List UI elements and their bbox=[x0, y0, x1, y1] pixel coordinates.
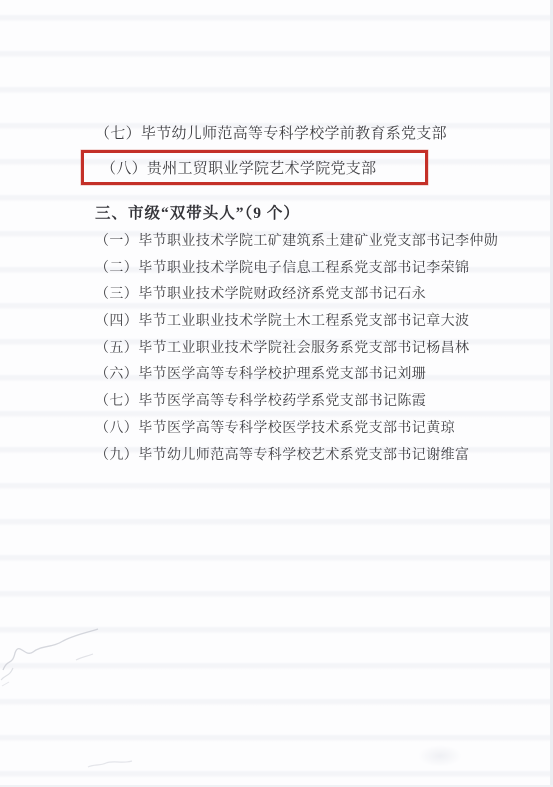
list-item: （五）毕节工业职业技术学院社会服务系党支部书记杨昌林 bbox=[95, 336, 498, 363]
faint-smudge-artifact bbox=[418, 745, 462, 767]
list-item-prev-section-8-highlighted: （八）贵州工贸职业学院艺术学院党支部 bbox=[101, 157, 376, 178]
list-item: （六）毕节医学高等专科学校护理系党支部书记刘珊 bbox=[95, 362, 498, 389]
faint-mark-artifact bbox=[84, 756, 144, 772]
list-item: （一）毕节职业技术学院工矿建筑系土建矿业党支部书记李仲勋 bbox=[95, 229, 498, 256]
list-item: （二）毕节职业技术学院电子信息工程系党支部书记李荣锦 bbox=[95, 256, 498, 283]
list-item: （四）毕节工业职业技术学院土木工程系党支部书记章大波 bbox=[95, 309, 498, 336]
scanned-document-page: （七）毕节幼儿师范高等专科学校学前教育系党支部 （八）贵州工贸职业学院艺术学院党… bbox=[0, 0, 553, 787]
list-item: （三）毕节职业技术学院财政经济系党支部书记石永 bbox=[95, 282, 498, 309]
list-item: （八）毕节医学高等专科学校医学技术系党支部书记黄琼 bbox=[95, 416, 498, 443]
section-list: （一）毕节职业技术学院工矿建筑系土建矿业党支部书记李仲勋 （二）毕节职业技术学院… bbox=[95, 229, 498, 469]
section-heading: 三、市级“双带头人”（9 个） bbox=[95, 201, 300, 223]
list-item-prev-section-7: （七）毕节幼儿师范高等专科学校学前教育系党支部 bbox=[95, 122, 447, 143]
list-item: （九）毕节幼儿师范高等专科学校艺术系党支部书记谢维富 bbox=[95, 443, 498, 470]
list-item: （七）毕节医学高等专科学校药学系党支部书记陈霞 bbox=[95, 389, 498, 416]
pencil-scribble-artifact bbox=[0, 608, 120, 688]
